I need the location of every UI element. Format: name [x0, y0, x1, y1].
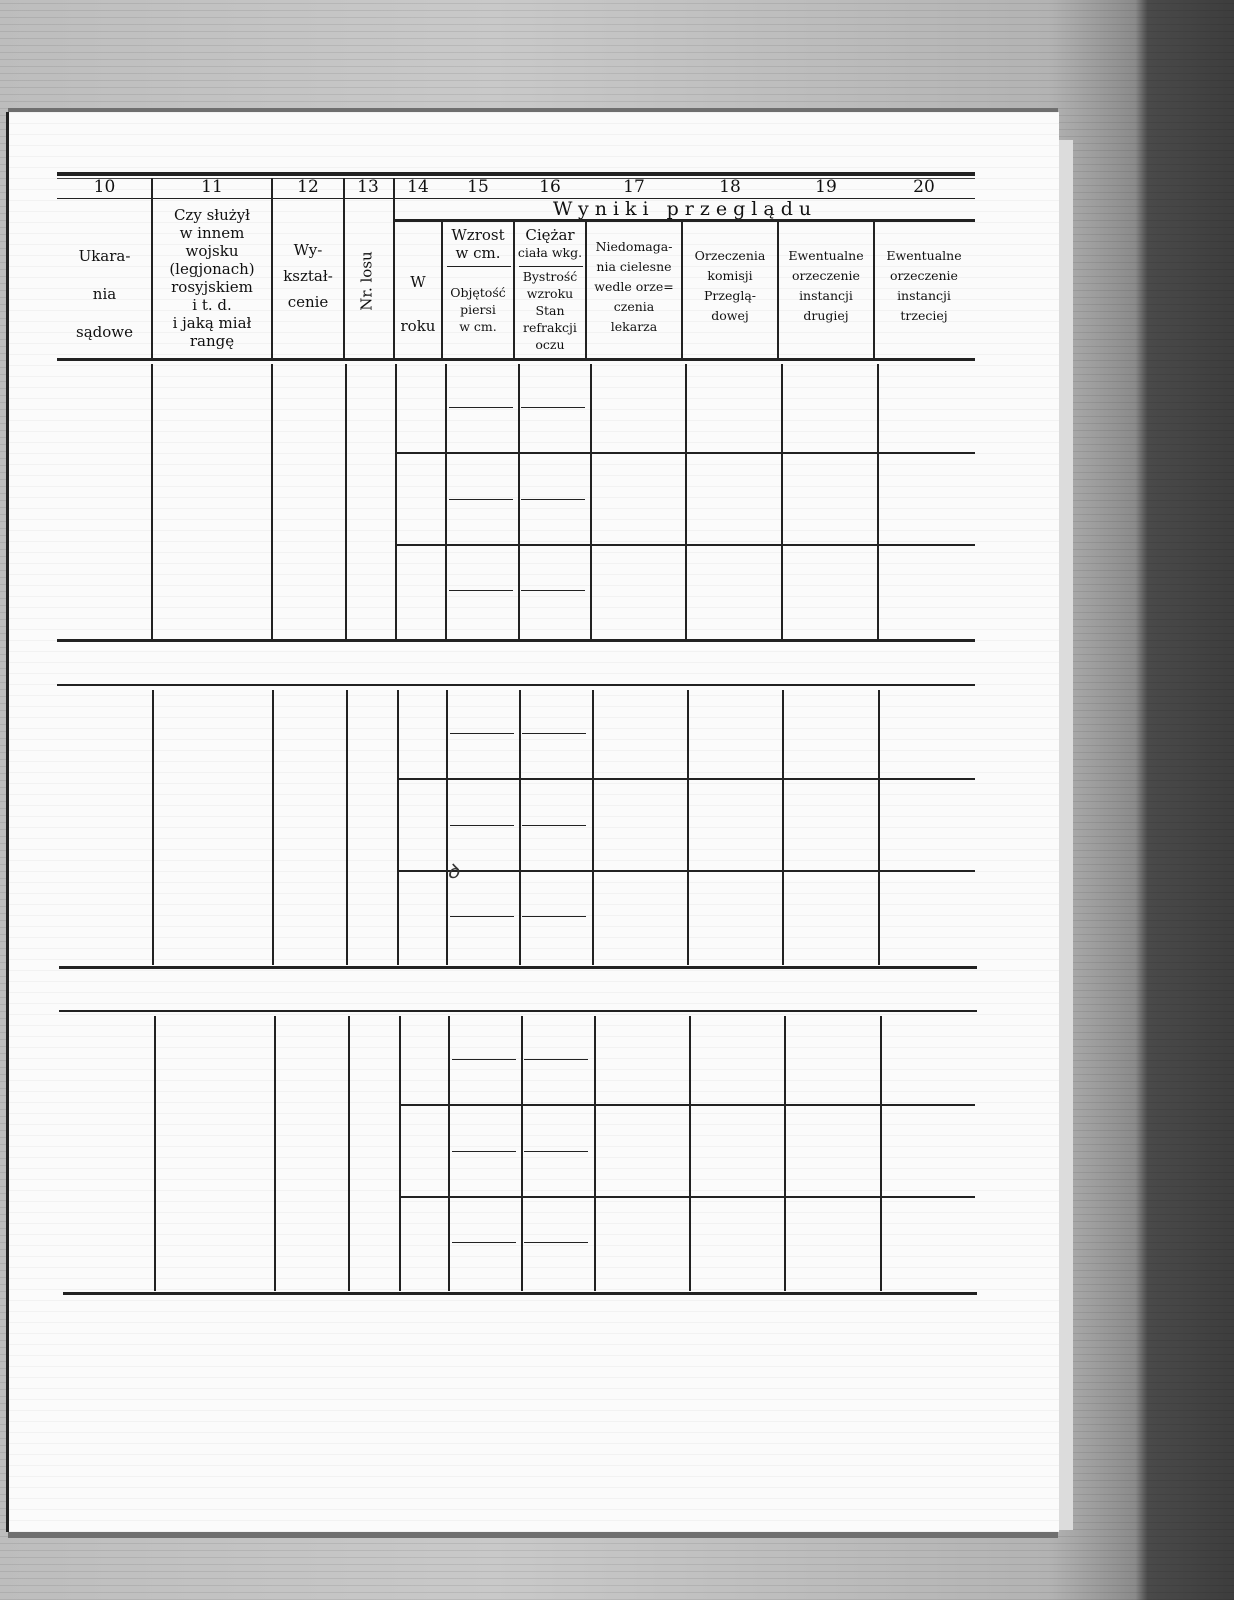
sub-row-rule: [521, 407, 585, 408]
column-divider: [399, 1016, 401, 1291]
header-line: w innem: [152, 224, 272, 242]
group-header-rule: [395, 219, 975, 222]
header-line: W: [394, 260, 442, 304]
header-col-10: Ukara- nia sądowe: [57, 237, 152, 351]
column-divider: [274, 1016, 276, 1291]
header-line: w cm.: [442, 244, 514, 262]
header-line: Objętość: [442, 284, 514, 301]
header-col-20: Ewentualne orzeczenie instancji trzeciej: [874, 246, 974, 326]
block-separator: [57, 639, 975, 642]
col-number-15: 15: [442, 176, 514, 198]
header-line: sądowe: [57, 313, 152, 351]
header-col-15-bottom: Objętość piersi w cm.: [442, 284, 514, 335]
header-col-16-top: Ciężar ciała wkg.: [514, 226, 586, 261]
header-line: komisji: [682, 266, 778, 286]
col-number-11: 11: [152, 176, 272, 198]
sub-row-rule: [521, 590, 585, 591]
column-divider: [592, 690, 594, 965]
header-divider: [777, 220, 779, 360]
header-col-19: Ewentualne orzeczenie instancji drugiej: [778, 246, 874, 326]
header-line: cenie: [272, 289, 344, 315]
sub-row-rule: [449, 499, 513, 500]
column-divider: [448, 1016, 450, 1291]
sub-row-rule: [524, 1059, 588, 1060]
header-line: nia: [57, 275, 152, 313]
header-divider: [585, 220, 587, 360]
column-divider: [395, 364, 397, 639]
col-number-13: 13: [344, 176, 392, 198]
column-divider: [878, 690, 880, 965]
header-line: Ukara-: [57, 237, 152, 275]
header-divider: [441, 220, 443, 360]
col-number-17: 17: [586, 176, 682, 198]
bottom-rule: [63, 1292, 977, 1295]
block-separator: [57, 684, 975, 686]
header-line: wzroku: [514, 285, 586, 302]
header-line: dowej: [682, 306, 778, 326]
column-divider: [271, 364, 273, 639]
header-col-12: Wy- kształ- cenie: [272, 237, 344, 315]
year-row-rule: [401, 1104, 975, 1106]
sub-row-rule: [450, 825, 514, 826]
header-divider: [681, 220, 683, 360]
column-divider: [348, 1016, 350, 1291]
column-divider: [152, 690, 154, 965]
header-divider: [393, 178, 395, 360]
header-line: refrakcji: [514, 319, 586, 336]
form-page: 10 11 12 13 14 15 16 17 18 19 20 Wyniki …: [6, 112, 1059, 1532]
header-line: i t. d.: [152, 296, 272, 314]
header-line: (legjonach): [152, 260, 272, 278]
header-bottom-rule: [57, 358, 975, 361]
header-col-15-top: Wzrost w cm.: [442, 226, 514, 262]
column-divider: [154, 1016, 156, 1291]
header-line: wojsku: [152, 242, 272, 260]
sub-row-rule: [524, 1242, 588, 1243]
header-line: rangę: [152, 332, 272, 350]
header-line: Wzrost: [442, 226, 514, 244]
year-row-rule: [399, 778, 975, 780]
header-line: orzeczenie: [778, 266, 874, 286]
column-divider: [784, 1016, 786, 1291]
sub-row-rule: [450, 733, 514, 734]
sub-row-rule: [522, 825, 586, 826]
header-col-16-bottom: Bystrość wzroku Stan refrakcji oczu: [514, 268, 586, 353]
year-row-rule: [401, 1196, 975, 1198]
header-line: Stan: [514, 302, 586, 319]
sub-row-rule: [449, 407, 513, 408]
column-divider: [518, 364, 520, 639]
header-line: i jaką miał: [152, 314, 272, 332]
header-line: Ewentualne: [874, 246, 974, 266]
column-divider: [781, 364, 783, 639]
column-divider: [687, 690, 689, 965]
sub-row-rule: [449, 590, 513, 591]
header-line: Przeglą-: [682, 286, 778, 306]
header-line: Wy-: [272, 237, 344, 263]
subheader-divider-15: [447, 266, 511, 267]
col-number-18: 18: [682, 176, 778, 198]
header-divider: [151, 178, 153, 360]
col-number-14: 14: [394, 176, 442, 198]
header-line: oczu: [514, 336, 586, 353]
header-line: wedle orze=: [586, 277, 682, 297]
sub-row-rule: [450, 916, 514, 917]
column-divider: [445, 364, 447, 639]
header-line: drugiej: [778, 306, 874, 326]
col-number-16: 16: [514, 176, 586, 198]
header-divider: [271, 178, 273, 360]
sub-row-rule: [452, 1059, 516, 1060]
column-divider: [590, 364, 592, 639]
header-line: kształ-: [272, 263, 344, 289]
column-divider: [877, 364, 879, 639]
sub-row-rule: [452, 1151, 516, 1152]
sub-row-rule: [522, 916, 586, 917]
header-divider: [513, 220, 515, 360]
header-line: rosyjskiem: [152, 278, 272, 296]
header-col-14: W roku: [394, 260, 442, 348]
sub-row-rule: [452, 1242, 516, 1243]
column-divider: [689, 1016, 691, 1291]
column-divider: [346, 690, 348, 965]
header-divider: [343, 178, 345, 360]
year-row-rule: [399, 870, 975, 872]
year-row-rule: [397, 452, 975, 454]
header-col-18: Orzeczenia komisji Przeglą- dowej: [682, 246, 778, 326]
col-number-20: 20: [874, 176, 974, 198]
header-line: Bystrość: [514, 268, 586, 285]
column-divider: [521, 1016, 523, 1291]
column-divider: [446, 690, 448, 965]
header-line: trzeciej: [874, 306, 974, 326]
group-header-wyniki: Wyniki przeglądu: [395, 198, 975, 220]
header-line: lekarza: [586, 317, 682, 337]
subheader-divider-16: [519, 266, 583, 267]
header-line: nia cielesne: [586, 257, 682, 277]
column-divider: [345, 364, 347, 639]
column-divider: [685, 364, 687, 639]
block-separator: [59, 1010, 977, 1012]
sub-row-rule: [522, 733, 586, 734]
header-line: orzeczenie: [874, 266, 974, 286]
column-divider: [594, 1016, 596, 1291]
header-line: Orzeczenia: [682, 246, 778, 266]
column-divider: [272, 690, 274, 965]
header-line: Niedomaga-: [586, 237, 682, 257]
header-line: w cm.: [442, 318, 514, 335]
header-line: Ciężar: [514, 226, 586, 244]
header-col-17: Niedomaga- nia cielesne wedle orze= czen…: [586, 237, 682, 337]
header-line: roku: [394, 304, 442, 348]
year-row-rule: [397, 544, 975, 546]
header-line: instancji: [874, 286, 974, 306]
column-divider: [151, 364, 153, 639]
column-divider: [397, 690, 399, 965]
column-divider: [880, 1016, 882, 1291]
header-line: instancji: [778, 286, 874, 306]
header-line: Czy służył: [152, 206, 272, 224]
header-col-11: Czy służył w innem wojsku (legjonach) ro…: [152, 206, 272, 350]
column-divider: [519, 690, 521, 965]
block-separator: [59, 966, 977, 969]
header-line: piersi: [442, 301, 514, 318]
col-number-12: 12: [272, 176, 344, 198]
header-line: ciała wkg.: [514, 244, 586, 261]
header-line: czenia: [586, 297, 682, 317]
col-number-19: 19: [778, 176, 874, 198]
sub-row-rule: [524, 1151, 588, 1152]
handwritten-mark: ꝺ: [447, 857, 459, 884]
column-divider: [782, 690, 784, 965]
header-divider: [873, 220, 875, 360]
sub-row-rule: [521, 499, 585, 500]
col-number-10: 10: [57, 176, 152, 198]
header-col-13: Nr. losu: [358, 251, 376, 310]
header-line: Ewentualne: [778, 246, 874, 266]
